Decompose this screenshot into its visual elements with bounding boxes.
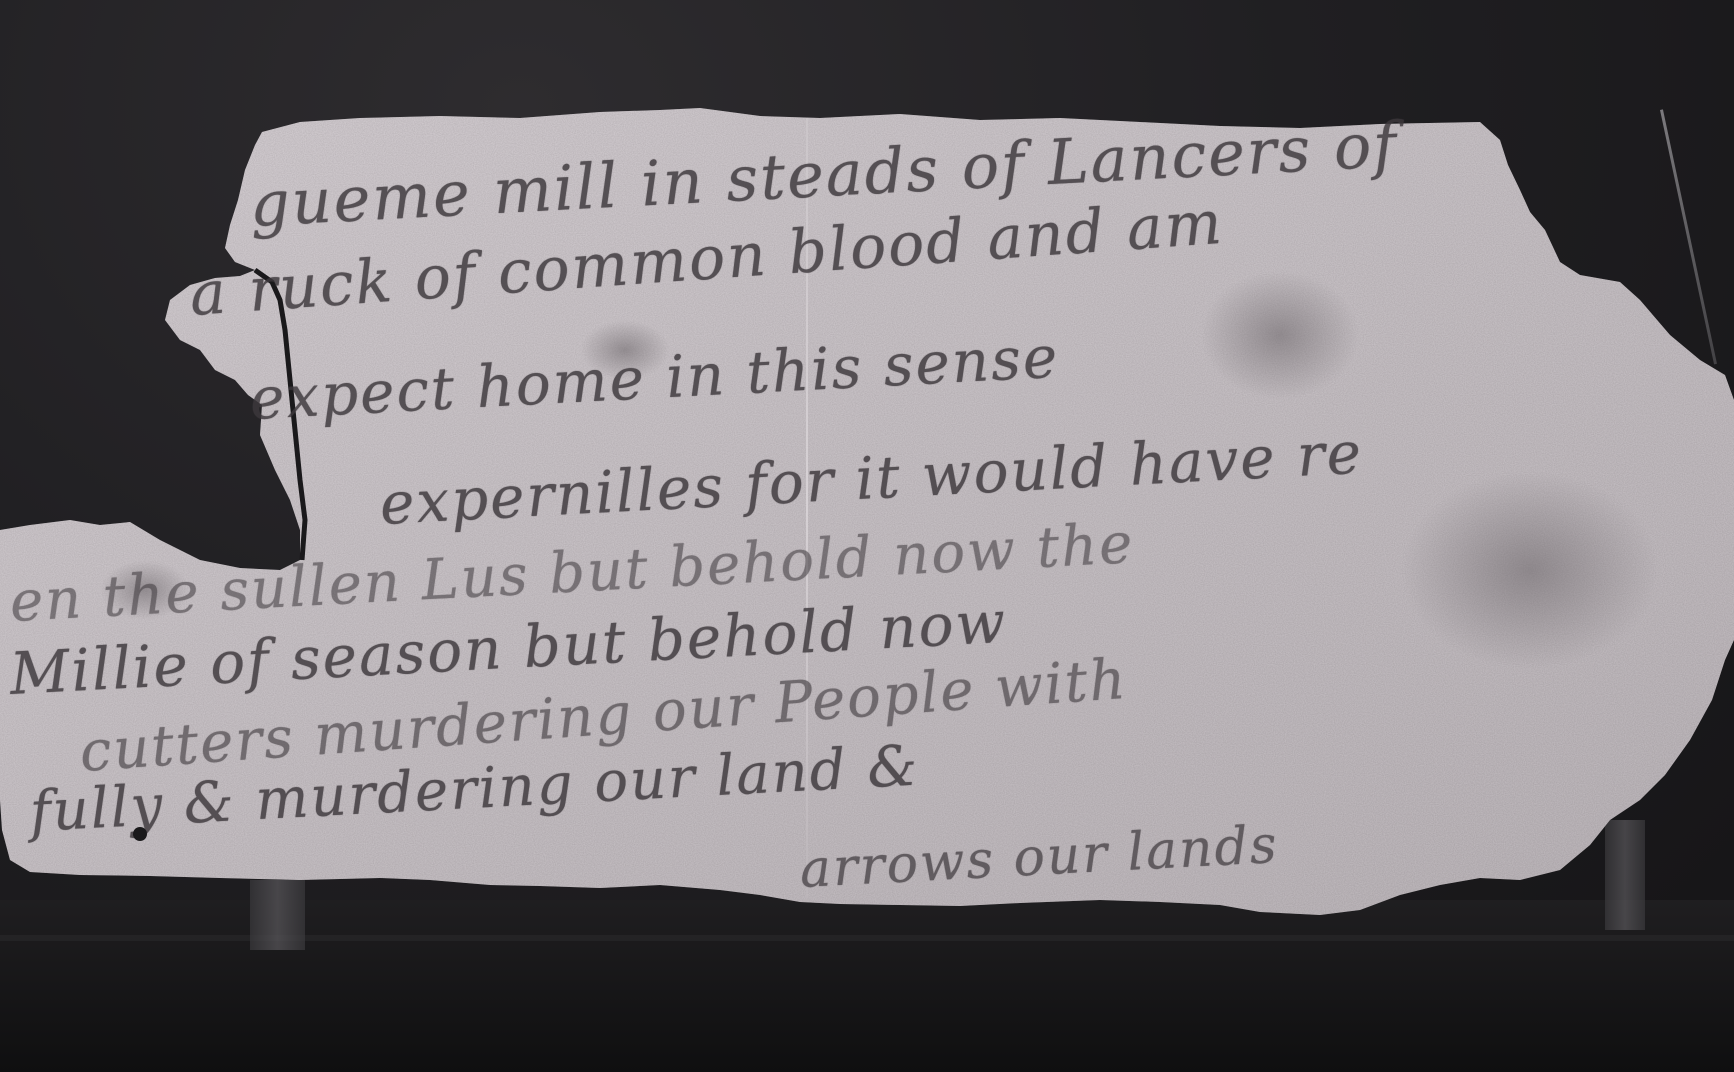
ink-blot bbox=[133, 827, 147, 841]
ink-stain bbox=[1200, 270, 1360, 400]
photo-scene: gueme mill in steads of Lancers of a ruc… bbox=[0, 0, 1734, 1072]
ink-stain bbox=[1400, 470, 1660, 670]
